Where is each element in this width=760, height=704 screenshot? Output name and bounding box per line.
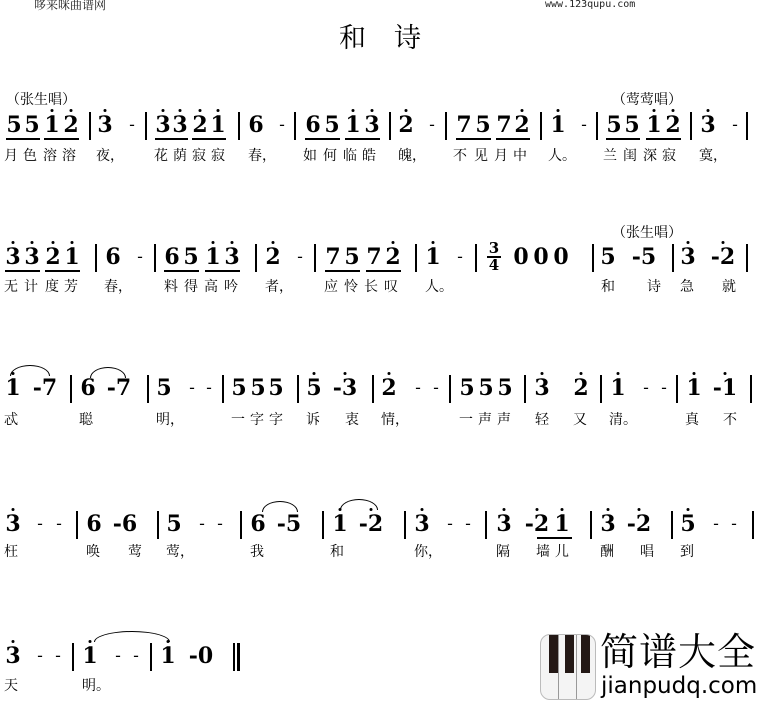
note: 2 — [265, 246, 281, 268]
note: 2 — [573, 377, 589, 399]
singer-label: （张生唱） — [612, 225, 682, 241]
dash: - — [53, 513, 65, 535]
lyric: 芳 — [64, 279, 78, 295]
lyric: 寂 — [192, 148, 206, 164]
rest: 0 — [533, 246, 549, 268]
lyric: 叹 — [384, 279, 398, 295]
lyric: 又 — [573, 412, 587, 428]
lyric: 人。 — [548, 148, 576, 164]
lyric: 应 — [324, 279, 338, 295]
lyric: 你， — [414, 544, 442, 560]
note: 2 — [385, 246, 401, 268]
note: 3 — [97, 114, 113, 136]
lyric: 见 — [474, 148, 488, 164]
dash: - — [412, 377, 424, 399]
lyric: 何 — [323, 148, 337, 164]
note: 1 — [205, 246, 221, 268]
dash: - — [462, 513, 474, 535]
lyric: 真 — [685, 412, 699, 428]
note: -7 — [30, 377, 60, 399]
note: 3 — [172, 114, 188, 136]
note: 5 — [606, 114, 622, 136]
notes-row-2: 3 3 2 1 6 - 6 5 1 3 2 - 7 5 7 2 1 - 3 4 … — [0, 246, 760, 276]
note: 5 — [624, 114, 640, 136]
lyric: 人。 — [425, 279, 453, 295]
dash: - — [276, 114, 288, 136]
lyric: 字 — [250, 412, 264, 428]
lyric: 春， — [248, 148, 276, 164]
lyric: 衷 — [345, 412, 359, 428]
note: 2 — [398, 114, 414, 136]
note: 1 — [332, 513, 348, 535]
lyric: 如 — [303, 148, 317, 164]
page-title: 和诗 — [0, 16, 760, 55]
note: -1 — [710, 377, 740, 399]
lyric: 儿 — [555, 544, 569, 560]
note: 1 — [425, 246, 441, 268]
lyrics-row-4: 枉 唤 莺 莺， 我 和 你， 隔 墙 儿 酬 唱 到 — [0, 544, 760, 562]
lyric: 不 — [453, 148, 467, 164]
lyric: 莺 — [128, 544, 142, 560]
lyric: 情， — [381, 412, 409, 428]
note: -5 — [274, 513, 304, 535]
lyric: 到 — [680, 544, 694, 560]
note: 6 — [250, 513, 266, 535]
site-url: www.123qupu.com — [545, 0, 635, 10]
lyrics-row-2: 无 计 度 芳 春， 料 得 高 吟 者， 应 怜 长 叹 人。 和 诗 急 就 — [0, 279, 760, 297]
note: 5 — [231, 377, 247, 399]
lyric: 唤 — [86, 544, 100, 560]
note: 2 — [192, 114, 208, 136]
lyric: 唱 — [640, 544, 654, 560]
lyric: 荫 — [173, 148, 187, 164]
note: 1 — [550, 114, 566, 136]
dash: - — [729, 114, 741, 136]
lyric: 得 — [184, 279, 198, 295]
lyric: 一 — [459, 412, 473, 428]
note: 5 — [475, 114, 491, 136]
lyric: 字 — [269, 412, 283, 428]
note: 1 — [686, 377, 702, 399]
lyric: 吟 — [224, 279, 238, 295]
lyric: 寞， — [699, 148, 727, 164]
note: 3 — [224, 246, 240, 268]
note: 5 — [600, 246, 616, 268]
note: 5 — [6, 114, 22, 136]
lyric: 深 — [643, 148, 657, 164]
note: 5 — [156, 377, 172, 399]
note: -2 — [356, 513, 386, 535]
note: 3 — [364, 114, 380, 136]
note: 5 — [268, 377, 284, 399]
dash: - — [196, 513, 208, 535]
lyric: 声 — [478, 412, 492, 428]
note: 5 — [478, 377, 494, 399]
note: 3 — [534, 377, 550, 399]
dash: - — [640, 377, 652, 399]
dash: - — [444, 513, 456, 535]
lyric: 兰 — [603, 148, 617, 164]
logo-text-en: jianpudq.com — [601, 673, 757, 699]
note: -0 — [186, 645, 216, 667]
lyric: 溶 — [43, 148, 57, 164]
rest: 0 — [553, 246, 569, 268]
note: 7 — [366, 246, 382, 268]
time-signature-bottom: 4 — [487, 259, 501, 272]
lyric: 明。 — [82, 678, 110, 694]
lyric: 隔 — [496, 544, 510, 560]
dash: - — [710, 513, 722, 535]
note: 6 — [86, 513, 102, 535]
note: 1 — [44, 114, 60, 136]
note: 1 — [160, 645, 176, 667]
note: -5 — [627, 246, 661, 268]
lyric: 寂 — [662, 148, 676, 164]
note: 2 — [45, 246, 61, 268]
dash: - — [294, 246, 306, 268]
notes-row-1: 5 5 1 2 3 - 3 3 2 1 6 - 6 5 1 3 2 - 7 5 … — [0, 114, 760, 144]
note: 3 — [24, 246, 40, 268]
dash: - — [52, 645, 64, 667]
note: 2 — [63, 114, 79, 136]
lyric: 溶 — [62, 148, 76, 164]
note: -2 — [624, 513, 654, 535]
dash: - — [430, 377, 442, 399]
time-signature-top: 3 — [487, 242, 501, 255]
lyric: 酬 — [600, 544, 614, 560]
logo-text-cn: 简谱大全 — [600, 630, 756, 674]
lyric: 明， — [156, 412, 184, 428]
note: 1 — [5, 377, 21, 399]
lyric: 高 — [204, 279, 218, 295]
lyric: 忒 — [4, 412, 18, 428]
note: 5 — [324, 114, 340, 136]
lyric: 声 — [497, 412, 511, 428]
lyric: 我 — [250, 544, 264, 560]
lyric: 皓 — [362, 148, 376, 164]
dash: - — [134, 246, 146, 268]
note: 1 — [646, 114, 662, 136]
dash: - — [658, 377, 670, 399]
lyric: 诉 — [306, 412, 320, 428]
lyric: 临 — [343, 148, 357, 164]
dash: - — [126, 114, 138, 136]
rest: 0 — [513, 246, 529, 268]
note: 1 — [82, 645, 98, 667]
note: 3 — [5, 246, 21, 268]
lyric: 急 — [680, 279, 694, 295]
lyric: 清。 — [609, 412, 637, 428]
note: 5 — [183, 246, 199, 268]
lyric: 月 — [494, 148, 508, 164]
note: -2 — [706, 246, 740, 268]
note: 5 — [250, 377, 266, 399]
note: 5 — [680, 513, 696, 535]
note: 6 — [80, 377, 96, 399]
dash: - — [34, 513, 46, 535]
lyric: 莺， — [166, 544, 194, 560]
lyric: 花 — [154, 148, 168, 164]
note: 6 — [305, 114, 321, 136]
lyric: 天 — [4, 678, 18, 694]
dash: - — [203, 377, 215, 399]
dash: - — [578, 114, 590, 136]
note: 3 — [5, 645, 21, 667]
note: 3 — [700, 114, 716, 136]
note: -2 — [522, 513, 552, 535]
dash: - — [728, 513, 740, 535]
note: 3 — [155, 114, 171, 136]
note: 2 — [381, 377, 397, 399]
time-signature: 3 4 — [487, 242, 501, 272]
lyric: 怜 — [344, 279, 358, 295]
lyric: 计 — [24, 279, 38, 295]
lyric: 者， — [265, 279, 293, 295]
note: 6 — [105, 246, 121, 268]
note: 5 — [24, 114, 40, 136]
lyric: 不 — [723, 412, 737, 428]
note: 6 — [248, 114, 264, 136]
dash: - — [112, 645, 124, 667]
lyric: 月 — [4, 148, 18, 164]
lyric: 轻 — [535, 412, 549, 428]
note: 1 — [554, 513, 570, 535]
dash: - — [186, 377, 198, 399]
lyric: 枉 — [4, 544, 18, 560]
note: 5 — [306, 377, 322, 399]
note: -3 — [330, 377, 360, 399]
note: 3 — [496, 513, 512, 535]
note: 2 — [665, 114, 681, 136]
note: 5 — [459, 377, 475, 399]
notes-row-3: 1 -7 6 -7 5 - - 5 5 5 5 -3 2 - - 5 5 5 3… — [0, 377, 760, 407]
lyric: 就 — [722, 279, 736, 295]
dash: - — [426, 114, 438, 136]
note: 7 — [496, 114, 512, 136]
note: 5 — [497, 377, 513, 399]
note: 3 — [600, 513, 616, 535]
dash: - — [130, 645, 142, 667]
piano-logo-icon — [540, 634, 596, 700]
lyric: 长 — [364, 279, 378, 295]
note: 3 — [5, 513, 21, 535]
dash: - — [34, 645, 46, 667]
lyric: 度 — [45, 279, 59, 295]
note: 1 — [210, 114, 226, 136]
lyric: 和 — [601, 279, 615, 295]
note: -6 — [110, 513, 140, 535]
dash: - — [214, 513, 226, 535]
note: 3 — [414, 513, 430, 535]
lyric: 诗 — [647, 279, 661, 295]
lyric: 料 — [164, 279, 178, 295]
note: 2 — [514, 114, 530, 136]
lyric: 魄， — [398, 148, 426, 164]
note: 1 — [610, 377, 626, 399]
note: 3 — [680, 246, 696, 268]
lyric: 春， — [104, 279, 132, 295]
note: 6 — [164, 246, 180, 268]
singer-label: （张生唱） — [6, 92, 76, 108]
final-barline — [237, 643, 240, 671]
lyric: 墙 — [536, 544, 550, 560]
lyric: 无 — [4, 279, 18, 295]
note: 1 — [64, 246, 80, 268]
lyric: 一 — [231, 412, 245, 428]
note: 5 — [166, 513, 182, 535]
note: 7 — [456, 114, 472, 136]
notes-row-4: 3 - - 6 -6 5 - - 6 -5 1 -2 3 - - 3 -2 1 … — [0, 513, 760, 543]
lyrics-row-5: 天 明。 — [0, 678, 400, 696]
lyric: 聪 — [79, 412, 93, 428]
lyric: 寂 — [211, 148, 225, 164]
note: 1 — [345, 114, 361, 136]
lyric: 色 — [23, 148, 37, 164]
lyrics-row-3: 忒 聪 明， 一 字 字 诉 衷 情， 一 声 声 轻 又 清。 真 不 — [0, 412, 760, 430]
note: -7 — [104, 377, 134, 399]
site-name: 哆来咪曲谱网 — [34, 0, 106, 13]
lyric: 闺 — [623, 148, 637, 164]
lyrics-row-1: 月 色 溶 溶 夜， 花 荫 寂 寂 春， 如 何 临 皓 魄， 不 见 月 中… — [0, 148, 760, 166]
lyric: 夜， — [96, 148, 124, 164]
note: 7 — [325, 246, 341, 268]
note: 5 — [344, 246, 360, 268]
singer-label: （莺莺唱） — [612, 92, 682, 108]
dash: - — [454, 246, 466, 268]
lyric: 中 — [513, 148, 527, 164]
lyric: 和 — [330, 544, 344, 560]
